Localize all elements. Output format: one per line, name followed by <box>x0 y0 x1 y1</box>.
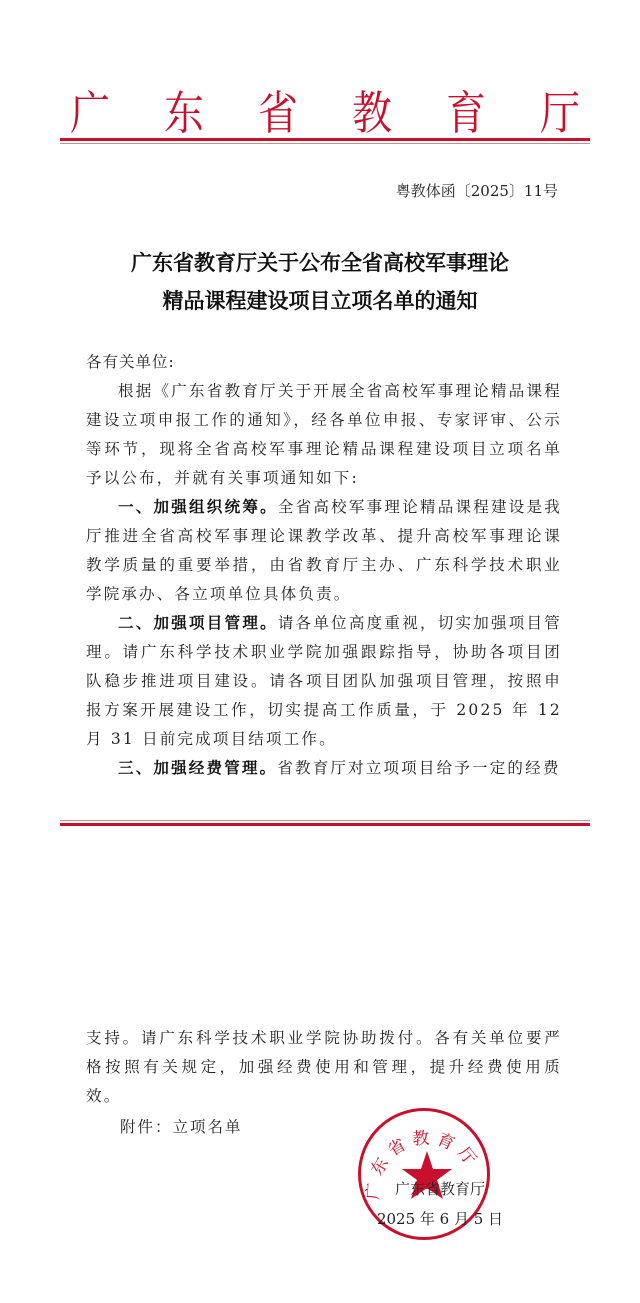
masthead-char: 厅 <box>530 89 590 140</box>
masthead-char: 育 <box>436 89 496 140</box>
section-3-heading: 三、加强经费管理。 <box>118 759 277 777</box>
issue-date: 2025 年 6 月 5 日 <box>370 1208 510 1229</box>
document-number: 粤教体函〔2025〕11号 <box>396 180 558 201</box>
page-divider <box>60 820 590 826</box>
section-1-heading: 一、加强组织统筹。 <box>118 498 278 516</box>
masthead-char: 省 <box>248 89 308 140</box>
masthead-char: 东 <box>154 89 214 140</box>
document-title-line-2: 精品课程建设项目立项名单的通知 <box>0 285 640 315</box>
masthead-char: 广 <box>60 89 120 140</box>
intro-paragraph: 根据《广东省教育厅关于开展全省高校军事理论精品课程建设立项申报工作的通知》，经各… <box>86 377 562 493</box>
document-body-page2: 支持。请广东科学技术职业学院协助拨付。各有关单位要严格按照有关规定，加强经费使用… <box>86 1024 562 1111</box>
issuer-signature: 广东省教育厅 <box>370 1178 510 1199</box>
section-2-heading: 二、加强项目管理。 <box>118 614 278 632</box>
masthead-char: 教 <box>342 89 402 140</box>
section-2-text: 请各单位高度重视，切实加强项目管理。请广东科学技术职业学院加强跟踪指导，协助各项… <box>86 614 562 748</box>
masthead-divider <box>60 138 590 144</box>
salutation: 各有关单位: <box>86 348 562 377</box>
section-1: 一、加强组织统筹。全省高校军事理论精品课程建设是我厅推进全省高校军事理论课教学改… <box>86 493 562 609</box>
document-body-page1: 各有关单位: 根据《广东省教育厅关于开展全省高校军事理论精品课程建设立项申报工作… <box>86 348 562 783</box>
masthead: 广 东 省 教 育 厅 <box>60 84 590 136</box>
section-3-text: 省教育厅对立项项目给予一定的经费 <box>277 759 560 777</box>
document-title-line-1: 广东省教育厅关于公布全省高校军事理论 <box>0 247 640 277</box>
continuation-paragraph: 支持。请广东科学技术职业学院协助拨付。各有关单位要严格按照有关规定，加强经费使用… <box>86 1024 562 1111</box>
section-3: 三、加强经费管理。省教育厅对立项项目给予一定的经费 <box>86 754 562 783</box>
attachment-label: 附件：立项名单 <box>120 1115 243 1137</box>
section-2: 二、加强项目管理。请各单位高度重视，切实加强项目管理。请广东科学技术职业学院加强… <box>86 609 562 754</box>
